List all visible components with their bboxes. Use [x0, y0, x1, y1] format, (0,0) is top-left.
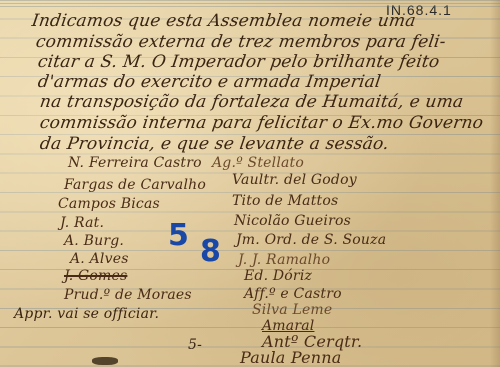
signature-left-8: Prud.º de Moraes [64, 287, 192, 303]
blue-pencil-mark-5: 5 [168, 218, 189, 253]
ink-blot [92, 357, 118, 365]
signature-left-4: J. Rat. [60, 215, 104, 231]
signature-left-1: N. Ferreira Castro [68, 155, 202, 171]
motion-line-2: commissão externa de trez membros para f… [35, 32, 447, 52]
signature-left-7-struck: J. Gomes [64, 268, 127, 284]
motion-line-7: da Provincia, e que se levante a sessão. [39, 134, 391, 154]
motion-line-5: na transposição da fortaleza de Humaitá,… [39, 92, 465, 112]
signature-left-6: A. Alves [70, 251, 129, 267]
motion-line-4: d'armas do exercito e armada Imperial [37, 72, 383, 92]
motion-line-6: commissão interna para felicitar o Ex.mo… [39, 113, 485, 133]
motion-line-3: citar a S. M. O Imperador pelo brilhante… [37, 52, 441, 72]
signature-left-2: Fargas de Carvalho [64, 177, 206, 193]
signature-right-6: J. J. Ramalho [238, 252, 330, 268]
signature-left-5: A. Burg. [64, 233, 124, 249]
page-mark: 5- [188, 337, 202, 353]
signature-right-4: Nicolão Gueiros [234, 213, 351, 229]
signature-right-9: Silva Leme [252, 302, 332, 318]
paper-fold-edge [490, 0, 500, 367]
signature-left-3: Campos Bicas [58, 196, 160, 212]
approval-note: Appr. vai se officiar. [14, 306, 159, 322]
manuscript-page: IN.68.4.1 Indicamos que esta Assemblea n… [0, 0, 500, 367]
signature-right-1: Ag.º Stellato [212, 155, 304, 171]
signature-right-3: Tito de Mattos [232, 193, 338, 209]
signature-right-5: Jm. Ord. de S. Souza [236, 232, 386, 248]
signature-right-7: Ed. Dóriz [244, 268, 312, 284]
blue-pencil-mark-8: 8 [200, 234, 221, 269]
signature-right-2: Vaultr. del Godoy [232, 172, 357, 188]
motion-line-1: Indicamos que esta Assemblea nomeie uma [31, 11, 417, 31]
signature-right-8: Aff.º e Castro [244, 286, 342, 302]
signature-right-12: Paula Penna [240, 348, 342, 367]
